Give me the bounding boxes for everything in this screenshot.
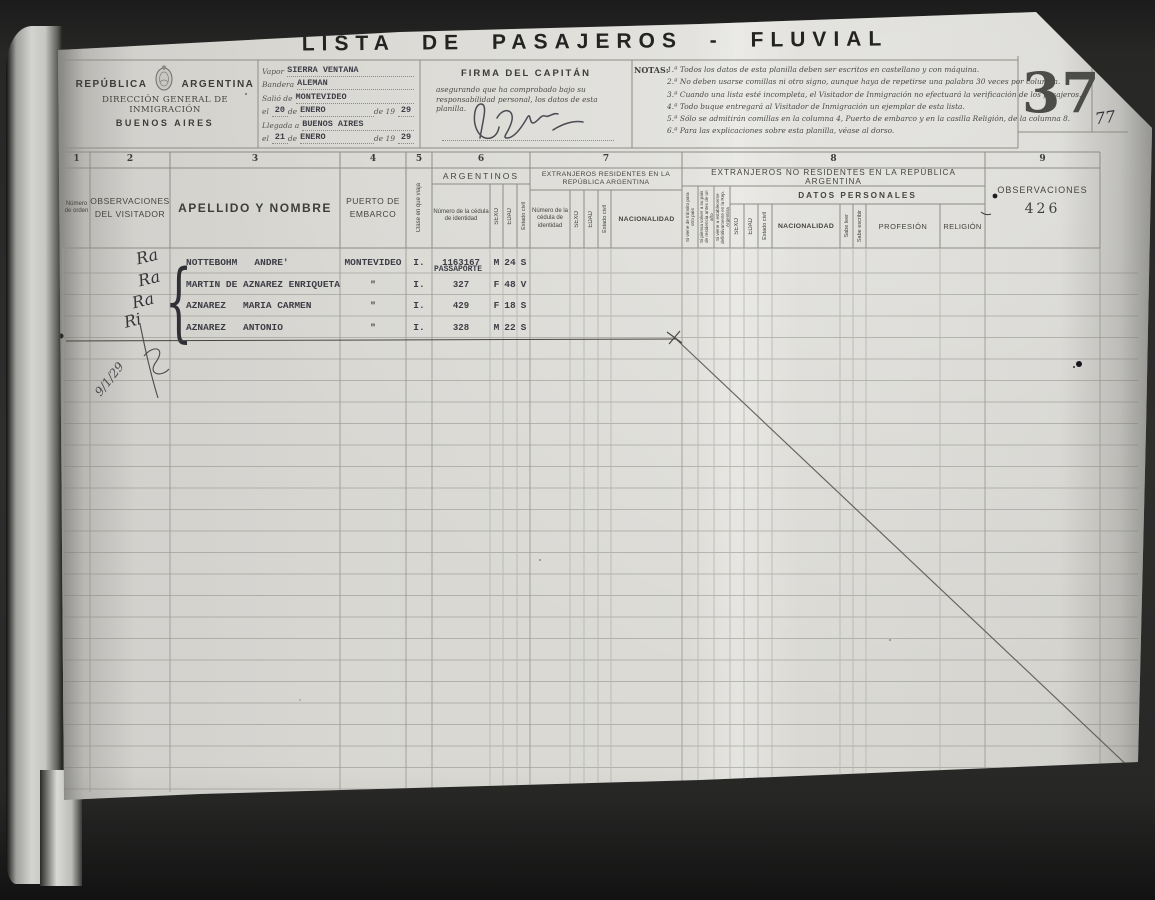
- passenger-sexo: F: [490, 274, 503, 295]
- nota-item: 6.ª Para las explicaciones sobre esta pl…: [667, 125, 1026, 137]
- captain-signature: [450, 98, 610, 144]
- passenger-clase: I.: [406, 317, 432, 338]
- column-number-2: 2: [90, 151, 170, 167]
- header-datos-personales: DATOS PERSONALES: [731, 186, 984, 204]
- family-brace-mark: {: [165, 262, 192, 342]
- passenger-edad: 18: [503, 295, 517, 316]
- header-extranjeros-residentes: EXTRANJEROS RESIDENTES EN LA REPÚBLICA A…: [531, 169, 681, 189]
- page-title: LISTA DE PASAJEROS - FLUVIAL: [300, 27, 890, 56]
- nota-item: 4.ª Todo buque entregará al Visitador de…: [667, 101, 1026, 113]
- passenger-name: NOTTEBOHM ANDRE': [186, 252, 346, 273]
- passenger-name: AZNAREZ ANTONIO: [186, 317, 346, 338]
- passenger-clase: I.: [406, 295, 432, 316]
- el-label: el: [262, 107, 272, 117]
- bandera-value: ALEMAN: [297, 78, 414, 90]
- de-label-2: de: [288, 134, 300, 144]
- llegada-dia: 21: [272, 132, 288, 144]
- header-sabe-escribir: Sabe escribir: [854, 206, 865, 246]
- agency-department: DIRECCIÓN GENERAL DE INMIGRACIÓN: [75, 95, 255, 115]
- vapor-label: Vapor: [262, 67, 287, 77]
- passenger-clase: I.: [406, 252, 432, 273]
- header-edad-argentinos: EDAD: [504, 186, 516, 246]
- stamp-number: 426: [986, 200, 1099, 218]
- header-apellido-nombre: APELLIDO Y NOMBRE: [171, 170, 339, 246]
- header-observaciones: OBSERVACIONES: [986, 182, 1099, 198]
- passenger-documento: 327: [432, 274, 490, 295]
- passenger-documento-nota: PASSAPORTE: [430, 264, 486, 274]
- passenger-sexo: F: [490, 295, 503, 316]
- book-page-edges: [6, 26, 62, 884]
- passenger-estado-civil: S: [517, 317, 530, 338]
- passenger-puerto: ": [340, 317, 406, 338]
- llegada-fecha-row: el 21 de ENERO de 19 29: [262, 131, 414, 145]
- salida-fecha-row: el 20 de ENERO de 19 29: [262, 104, 414, 118]
- de19-label: de 19: [374, 107, 398, 117]
- header-cedula-argentinos: Número de la cédula de identidad: [433, 186, 489, 246]
- passenger-clase: I.: [406, 274, 432, 295]
- header-volver: Si piensa volver a su país de residencia…: [699, 188, 713, 246]
- column-number-6: 6: [432, 151, 530, 167]
- header-sexo-argentinos: SEXO: [491, 186, 502, 246]
- column-number-8: 8: [682, 151, 985, 167]
- agency-country-right: ARGENTINA: [181, 79, 254, 90]
- salio-row: Salió de MONTEVIDEO: [262, 90, 414, 104]
- el-label-2: el: [262, 134, 272, 144]
- header-profesion: PROFESIÓN: [867, 206, 939, 246]
- column-number-5: 5: [406, 151, 432, 167]
- column-number-4: 4: [340, 151, 406, 167]
- passenger-edad: 24: [503, 252, 517, 273]
- passenger-sexo: M: [490, 317, 503, 338]
- folio-number-handwritten: 77: [1094, 107, 1117, 129]
- nota-item: 1.ª Todos los datos de esta planilla deb…: [667, 64, 1026, 76]
- document-page: LISTA DE PASAJEROS - FLUVIAL REPÚBLICA A…: [0, 0, 1155, 900]
- passenger-documento: 429: [432, 295, 490, 316]
- salida-mes: ENERO: [300, 105, 374, 117]
- header-observaciones-visitador: OBSERVACIONES DEL VISITADOR: [91, 170, 169, 246]
- passenger-estado-civil: S: [517, 252, 530, 273]
- header-numero-orden: Número de orden: [64, 170, 89, 246]
- passenger-puerto: MONTEVIDEO: [340, 252, 406, 273]
- header-cedula-residentes: Número de la cédula de identidad: [531, 192, 569, 246]
- header-clase: Clase en que viaja: [407, 170, 431, 246]
- column-number-3: 3: [170, 151, 340, 167]
- scanned-document-background: LISTA DE PASAJEROS - FLUVIAL REPÚBLICA A…: [0, 0, 1155, 900]
- passenger-edad: 22: [503, 317, 517, 338]
- header-estado-civil-residentes: Estado civil: [599, 192, 610, 246]
- de-label: de: [288, 107, 300, 117]
- header-nacionalidad-residentes: NACIONALIDAD: [612, 192, 681, 246]
- nota-item: 5.ª Sólo se admitirán comillas en la col…: [667, 113, 1026, 125]
- nota-item: 3.ª Cuando una lista esté incompleta, el…: [667, 89, 1026, 101]
- notas-label: NOTAS:: [634, 65, 669, 75]
- bandera-label: Bandera: [262, 80, 297, 90]
- header-nacionalidad-no-residentes: NACIONALIDAD: [773, 206, 839, 246]
- vapor-value: SIERRA VENTANA: [287, 65, 414, 77]
- header-transito: Si viene de tránsito para otro país: [683, 188, 697, 246]
- salida-dia: 20: [272, 105, 288, 117]
- salio-value: MONTEVIDEO: [296, 92, 414, 104]
- signature-line: [442, 140, 614, 141]
- passenger-estado-civil: S: [517, 295, 530, 316]
- header-estado-civil-argentinos: Estado civil: [518, 186, 529, 246]
- notas-block: NOTAS: 1.ª Todos los datos de esta plani…: [634, 64, 1026, 148]
- passenger-puerto: ": [340, 295, 406, 316]
- header-edad-residentes: EDAD: [585, 192, 597, 246]
- llegada-row: Llegada a BUENOS AIRES: [262, 117, 414, 131]
- agency-block: REPÚBLICA ARGENTINA DIRECCIÓN GENERAL DE…: [75, 62, 255, 134]
- llegada-label: Llegada a: [262, 121, 302, 131]
- header-estado-civil-no-residentes: Estado civil: [759, 206, 771, 246]
- passenger-name: MARTIN DE AZNAREZ ENRIQUETA: [186, 274, 346, 295]
- header-sexo-residentes: SEXO: [571, 192, 583, 246]
- agency-city: BUENOS AIRES: [75, 118, 255, 128]
- passenger-name: AZNAREZ MARIA CARMEN: [186, 295, 346, 316]
- header-argentinos: ARGENTINOS: [433, 168, 529, 184]
- captain-block: FIRMA DEL CAPITÁN asegurando que ha comp…: [428, 68, 624, 146]
- bandera-row: Bandera ALEMAN: [262, 77, 414, 91]
- header-sexo-no-residentes: SEXO: [731, 206, 743, 246]
- header-edad-no-residentes: EDAD: [745, 206, 757, 246]
- sheet-number: 37: [1022, 60, 1092, 125]
- salio-label: Salió de: [262, 94, 296, 104]
- header-extranjeros-no-residentes: EXTRANJEROS NO RESIDENTES EN LA REPÚBLIC…: [683, 168, 984, 186]
- passenger-documento: 328: [432, 317, 490, 338]
- vapor-row: Vapor SIERRA VENTANA: [262, 63, 414, 77]
- salida-anio: 29: [398, 105, 414, 117]
- header-establecerse: Si viene a establecerse definitivamente …: [715, 188, 729, 246]
- header-puerto-embarco: PUERTO DE EMBARCO: [341, 170, 405, 246]
- nota-item: 2.ª No deben usarse comillas ni otro sig…: [667, 76, 1026, 88]
- llegada-anio: 29: [398, 132, 414, 144]
- column-number-9: 9: [985, 151, 1100, 167]
- captain-title: FIRMA DEL CAPITÁN: [428, 68, 624, 79]
- header-religion: RELIGIÓN: [941, 206, 984, 246]
- passenger-sexo: M: [490, 252, 503, 273]
- agency-country-left: REPÚBLICA: [76, 79, 148, 90]
- header-sabe-leer: Sabe leer: [841, 206, 852, 246]
- voyage-block: Vapor SIERRA VENTANA Bandera ALEMAN Sali…: [262, 63, 414, 147]
- argentina-coat-of-arms-icon: [153, 64, 175, 92]
- passenger-estado-civil: V: [517, 274, 530, 295]
- passenger-edad: 48: [503, 274, 517, 295]
- passenger-puerto: ": [340, 274, 406, 295]
- llegada-value: BUENOS AIRES: [302, 119, 414, 131]
- column-number-1: 1: [63, 151, 90, 167]
- de19-label-2: de 19: [374, 134, 398, 144]
- column-number-7: 7: [530, 151, 682, 167]
- llegada-mes: ENERO: [300, 132, 374, 144]
